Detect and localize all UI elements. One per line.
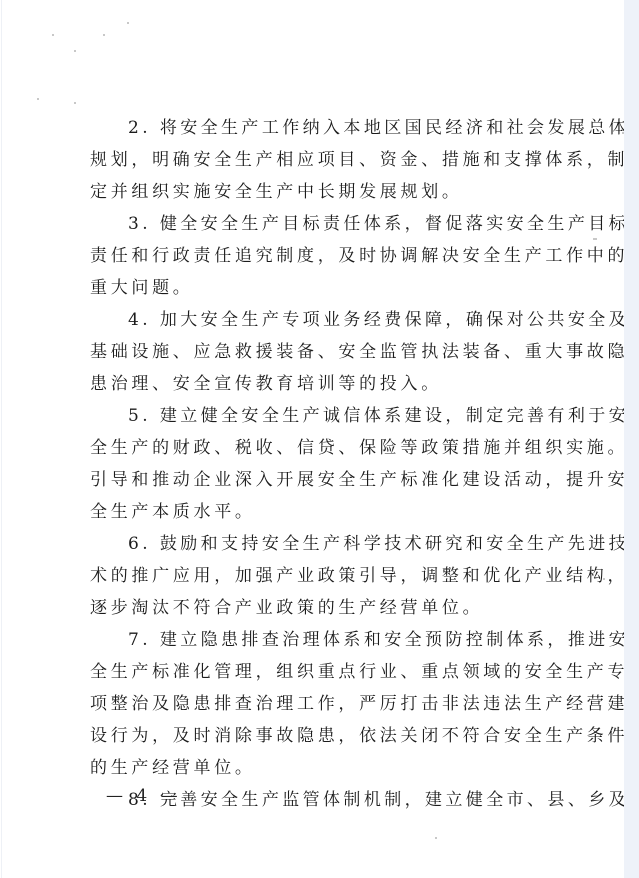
paragraph-line: 引导和推动企业深入开展安全生产标准化建设活动，提升安 [90,464,530,496]
paragraph-line: 2. 将安全生产工作纳入本地区国民经济和社会发展总体 [90,112,530,144]
paragraph-line: 责任和行政责任追究制度，及时协调解决安全生产工作中的 [90,240,530,272]
paragraph-line: 3. 健全安全生产目标责任体系，督促落实安全生产目标 [90,208,530,240]
scan-speck [52,34,54,36]
paragraph-7: 7. 建立隐患排查治理体系和安全预防控制体系，推进安 全生产标准化管理，组织重点… [90,624,530,784]
scan-speck [593,238,597,240]
paragraph-5: 5. 建立健全安全生产诚信体系建设，制定完善有利于安 全生产的财政、税收、信贷、… [90,400,530,528]
paragraph-line: 定并组织实施安全生产中长期发展规划。 [90,176,530,208]
paragraph-line: 基础设施、应急救援装备、安全监管执法装备、重大事故隐 [90,336,530,368]
paragraph-line: 逐步淘汰不符合产业政策的生产经营单位。 [90,592,530,624]
document-page: 2. 将安全生产工作纳入本地区国民经济和社会发展总体 规划，明确安全生产相应项目… [1,0,625,878]
paragraph-line: 的生产经营单位。 [90,752,530,784]
paragraph-line: 设行为，及时消除事故隐患，依法关闭不符合安全生产条件 [90,720,530,752]
page-number: — 4 — [106,784,182,808]
paragraph-line: 4. 加大安全生产专项业务经费保障，确保对公共安全及 [90,304,530,336]
scan-speck [603,578,605,580]
paragraph-3: 3. 健全安全生产目标责任体系，督促落实安全生产目标 责任和行政责任追究制度，及… [90,208,530,304]
scan-speck [435,837,437,839]
paragraph-line: 6. 鼓励和支持安全生产科学技术研究和安全生产先进技 [90,528,530,560]
paragraph-2: 2. 将安全生产工作纳入本地区国民经济和社会发展总体 规划，明确安全生产相应项目… [90,112,530,208]
paragraph-line: 全生产本质水平。 [90,496,530,528]
paragraph-6: 6. 鼓励和支持安全生产科学技术研究和安全生产先进技 术的推广应用，加强产业政策… [90,528,530,624]
paragraph-line: 术的推广应用，加强产业政策引导，调整和优化产业结构， [90,560,530,592]
viewer-side-strip [624,0,639,878]
paragraph-4: 4. 加大安全生产专项业务经费保障，确保对公共安全及 基础设施、应急救援装备、安… [90,304,530,400]
scan-speck [127,22,129,24]
scan-speck [74,102,76,104]
document-body: 2. 将安全生产工作纳入本地区国民经济和社会发展总体 规划，明确安全生产相应项目… [90,112,530,816]
paragraph-line: 7. 建立隐患排查治理体系和安全预防控制体系，推进安 [90,624,530,656]
paragraph-line: 全生产标准化管理，组织重点行业、重点领域的安全生产专 [90,656,530,688]
paragraph-line: 患治理、安全宣传教育培训等的投入。 [90,368,530,400]
paragraph-line: 重大问题。 [90,272,530,304]
paragraph-line: 全生产的财政、税收、信贷、保险等政策措施并组织实施。 [90,432,530,464]
paragraph-line: 规划，明确安全生产相应项目、资金、措施和支撑体系，制 [90,144,530,176]
scan-speck [37,98,39,100]
paragraph-line: 项整治及隐患排查治理工作，严厉打击非法违法生产经营建 [90,688,530,720]
scan-speck [103,34,105,36]
scan-speck [74,50,76,52]
paragraph-line: 5. 建立健全安全生产诚信体系建设，制定完善有利于安 [90,400,530,432]
